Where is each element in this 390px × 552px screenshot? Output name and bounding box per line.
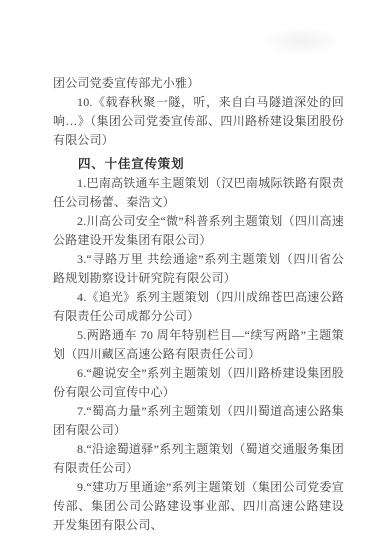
award-item-7: 7.“蜀高力量”系列主题策划（四川蜀道高速公路集团有限公司） (53, 402, 344, 440)
award-item-5: 5.两路通车 70 周年特别栏目—“续写两路”主题策划（四川藏区高速公路有限责任… (53, 326, 344, 364)
award-item-10: 10.《载春秋聚一隧，听，来自白马隧道深处的回响…》（集团公司党委宣传部、四川路… (53, 93, 344, 150)
award-item-9: 9.“建功万里通途”系列主题策划（集团公司党委宣传部、集团公司公路建设事业部、四… (53, 478, 344, 535)
award-item-4: 4.《追光》系列主题策划（四川成绵苍巴高速公路有限责任公司成都分公司） (53, 288, 344, 326)
award-item-3: 3.“寻路万里 共绘通途”系列主题策划（四川省公路规划勘察设计研究院有限公司） (53, 250, 344, 288)
award-item-6: 6.“趣说安全”系列主题策划（四川路桥建设集团股份有限公司宣传中心） (53, 364, 344, 402)
award-item-1: 1.巴南高铁通车主题策划（汉巴南城际铁路有限责任公司杨蕾、秦浩文） (53, 174, 344, 212)
document-page: 团公司党委宣传部尤小雅） 10.《载春秋聚一隧，听，来自白马隧道深处的回响…》（… (0, 0, 390, 552)
award-item-8: 8.“沿途蜀道驿”系列主题策划（蜀道交通服务集团有限责任公司） (53, 440, 344, 478)
continuation-text: 团公司党委宣传部尤小雅） (53, 74, 344, 93)
section-heading: 四、十佳宣传策划 (53, 155, 344, 174)
scan-smudge (262, 26, 342, 56)
award-item-2: 2.川高公司安全“微”科普系列主题策划（四川高速公路建设开发集团有限公司） (53, 212, 344, 250)
